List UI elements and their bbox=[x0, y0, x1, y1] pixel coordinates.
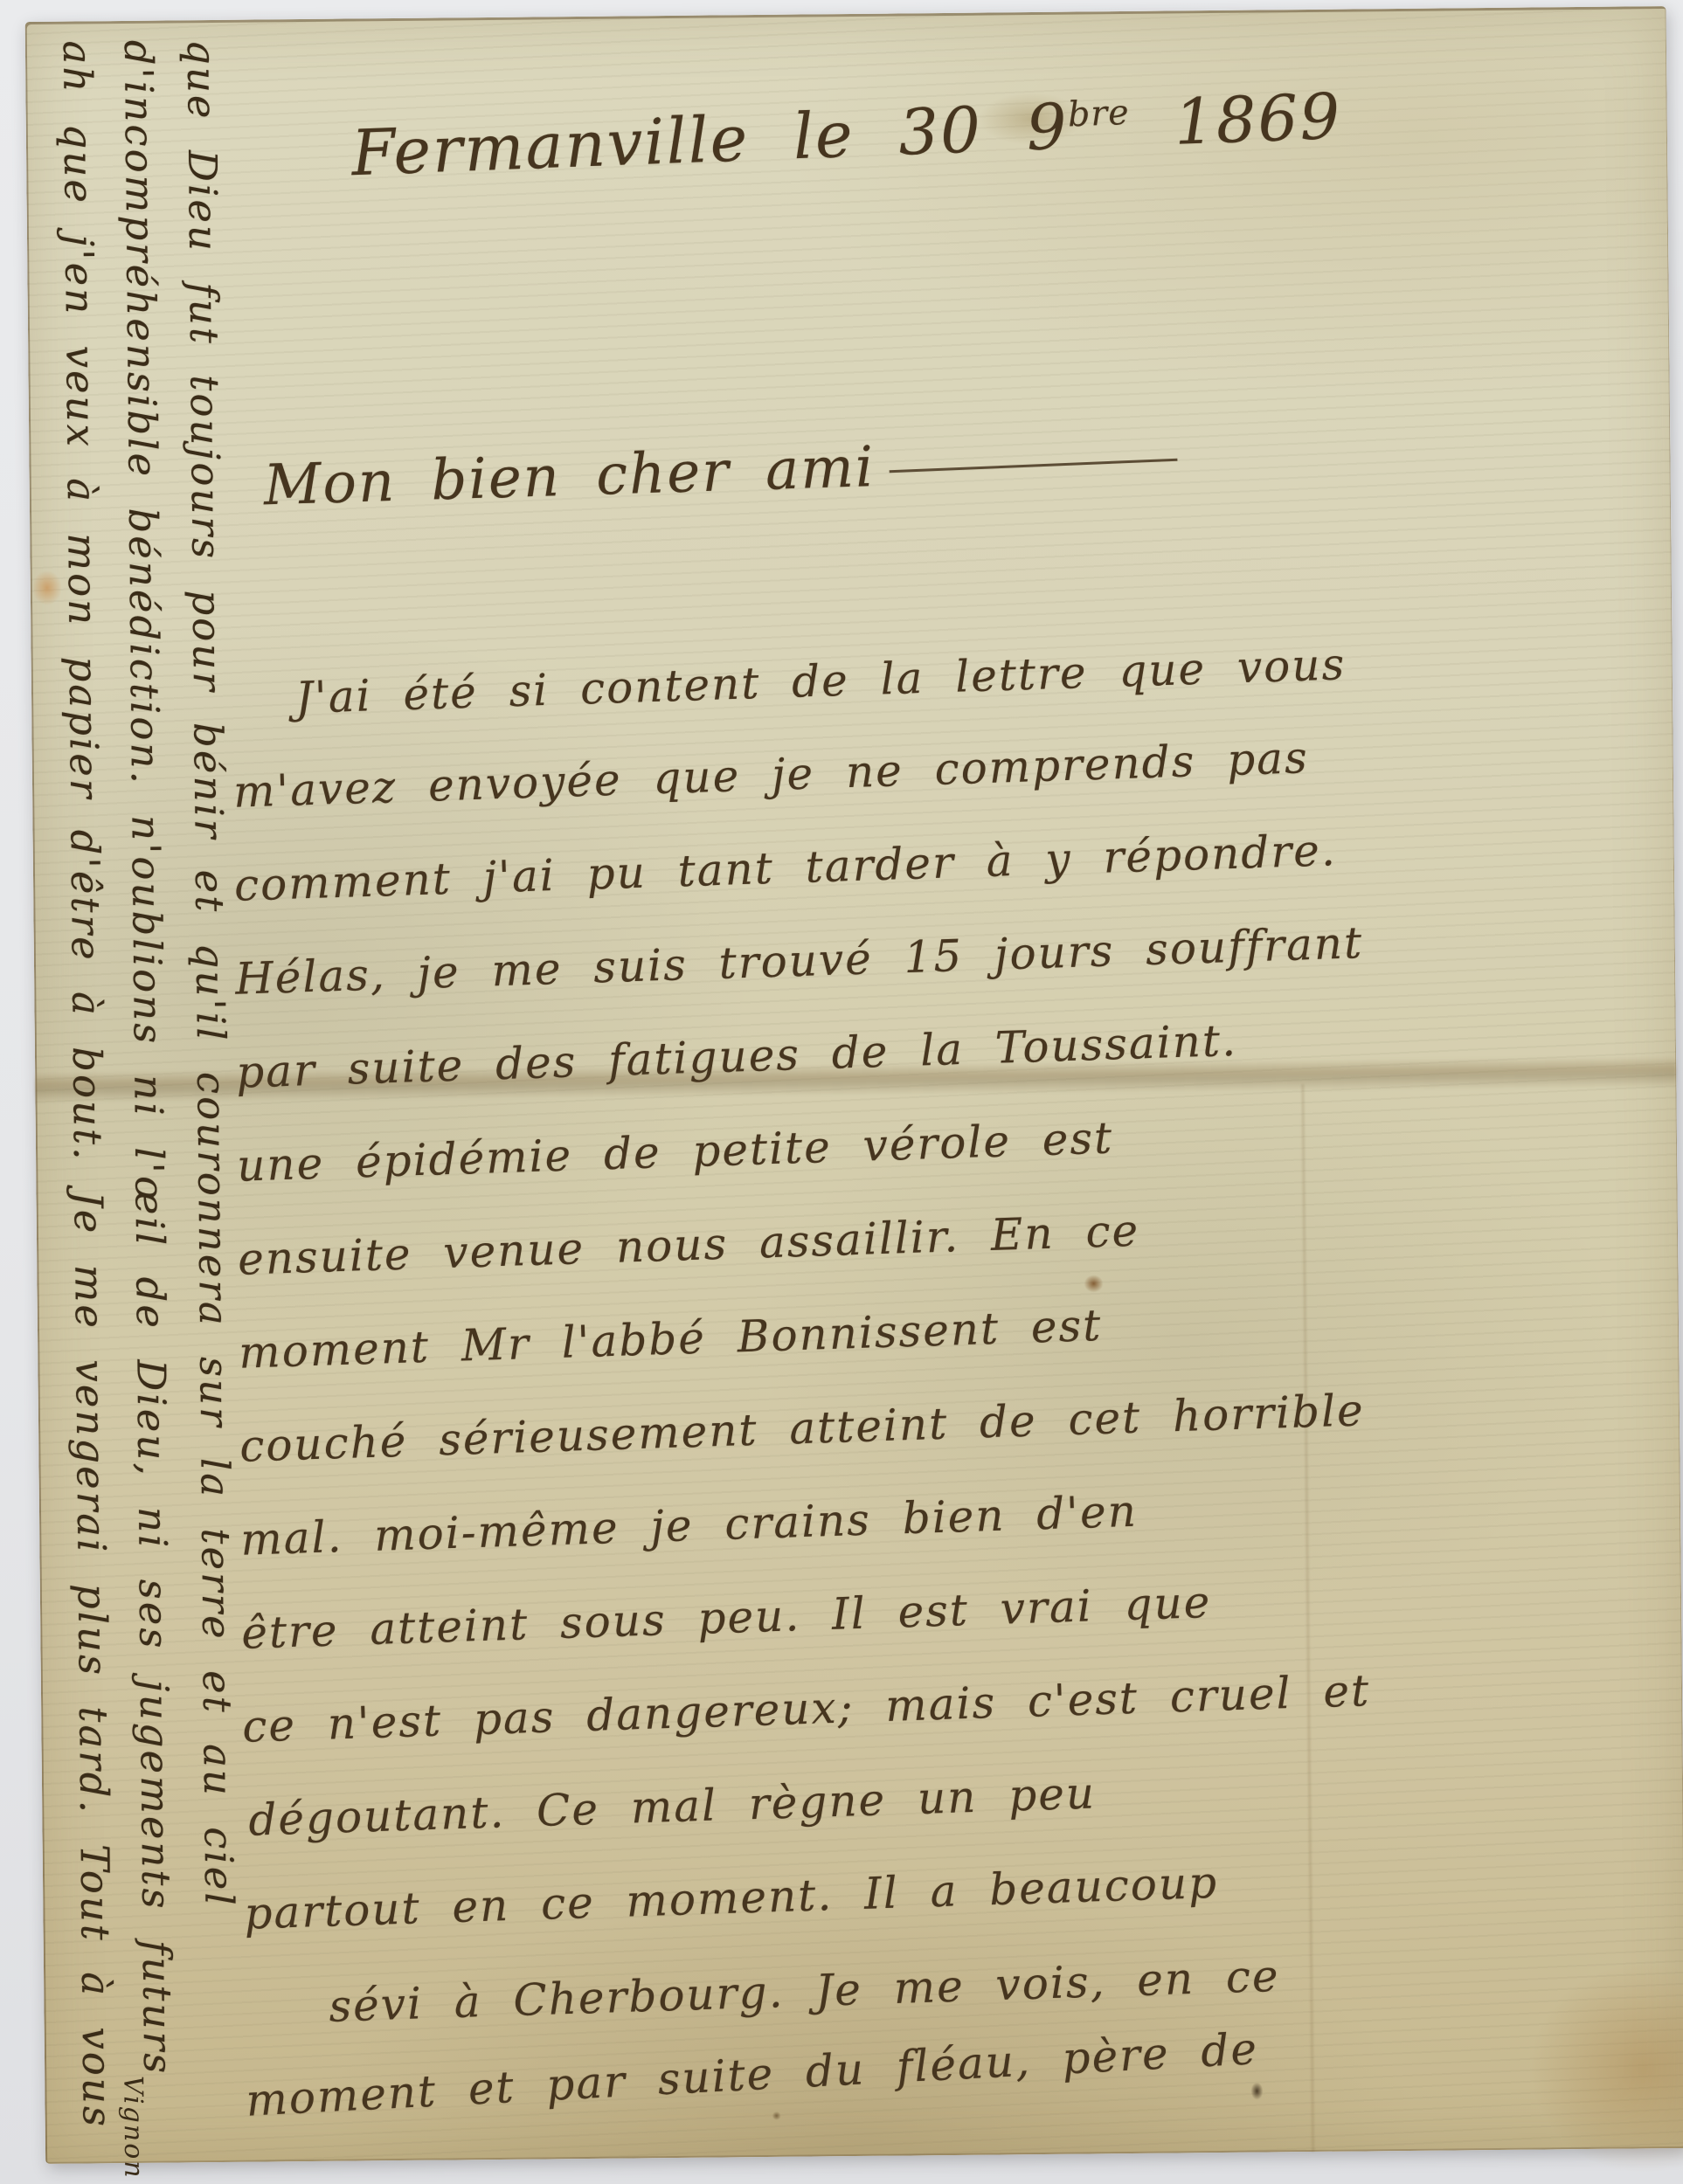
dateline-year: 1869 bbox=[1173, 79, 1342, 159]
signature: Vignon bbox=[117, 2076, 149, 2180]
dateline-month-suffix: bre bbox=[1067, 93, 1130, 135]
margin-cross-writing-line: que Dieu fut toujours pour bénir et qu'i… bbox=[174, 39, 246, 1908]
dateline-place-day: Fermanville le 30 bbox=[350, 93, 984, 190]
photo-backdrop: { "document": { "dateline": { "place_and… bbox=[0, 0, 1683, 2184]
margin-cross-writing-line: d'incompréhensible bénédiction. n'oublio… bbox=[111, 40, 184, 2077]
letter-body: J'ai été si content de la lettre que vou… bbox=[232, 639, 1610, 2148]
margin-cross-writing-line: ah que j'en veux à mon papier d'être à b… bbox=[50, 40, 124, 2129]
salutation: Mon bien cher ami bbox=[263, 425, 1178, 518]
dateline-month-numeral: 9 bbox=[1025, 90, 1070, 165]
dateline: Fermanville le 30 9bre 1869 bbox=[350, 79, 1343, 190]
salutation-flourish-line bbox=[889, 459, 1177, 473]
salutation-text: Mon bien cher ami bbox=[263, 435, 876, 518]
letter-paper: Fermanville le 30 9bre 1869 Mon bien che… bbox=[25, 6, 1683, 2164]
